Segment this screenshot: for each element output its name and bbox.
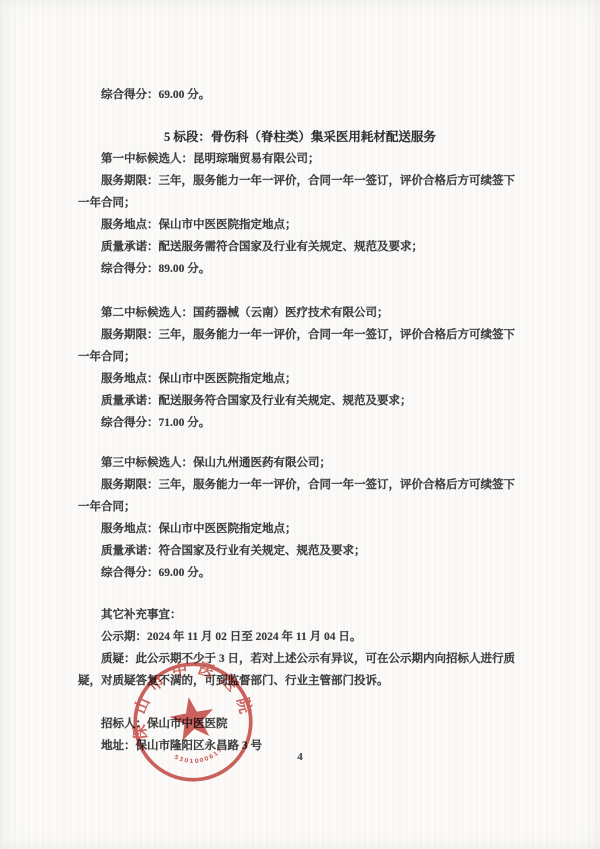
official-seal-stamp-icon: 保山市中医医院 5301000617 bbox=[120, 649, 266, 795]
candidate-1-name-line: 第一中标候选人：昆明琮瑞贸易有限公司； bbox=[78, 148, 522, 170]
previous-section-score-line: 综合得分：69.00 分。 bbox=[78, 84, 522, 106]
candidate-2-score-line: 综合得分：71.00 分。 bbox=[78, 412, 522, 434]
candidate-1-score-line: 综合得分：89.00 分。 bbox=[78, 258, 522, 280]
candidate-1-location-line: 服务地点：保山市中医医院指定地点； bbox=[78, 214, 522, 236]
publicity-period-line: 公示期：2024 年 11 月 02 日至 2024 年 11 月 04 日。 bbox=[78, 626, 522, 648]
section-title: 5 标段：骨伤科（脊柱类）集采医用耗材配送服务 bbox=[78, 126, 522, 148]
candidate-2-term-line: 服务期限：三年，服务能力一年一评价，合同一年一签订，评价合格后方可续签下一年合同… bbox=[78, 324, 522, 368]
candidate-1-quality-line: 质量承诺：配送服务需符合国家及行业有关规定、规范及要求； bbox=[78, 236, 522, 258]
candidate-2-name-line: 第二中标候选人：国药器械（云南）医疗技术有限公司； bbox=[78, 302, 522, 324]
document-body: 综合得分：69.00 分。 5 标段：骨伤科（脊柱类）集采医用耗材配送服务 第一… bbox=[78, 84, 522, 757]
candidate-3-score-line: 综合得分：69.00 分。 bbox=[78, 562, 522, 584]
candidate-2-quality-line: 质量承诺：配送服务符合国家及行业有关规定、规范及要求； bbox=[78, 390, 522, 412]
candidate-3-term-line: 服务期限：三年，服务能力一年一评价，合同一年一签订，评价合格后方可续签下一年合同… bbox=[78, 474, 522, 518]
page-number: 4 bbox=[0, 751, 600, 763]
scanned-document-page: 综合得分：69.00 分。 5 标段：骨伤科（脊柱类）集采医用耗材配送服务 第一… bbox=[0, 0, 600, 849]
candidate-3-name-line: 第三中标候选人：保山九州通医药有限公司； bbox=[78, 452, 522, 474]
candidate-3-location-line: 服务地点：保山市中医医院指定地点； bbox=[78, 518, 522, 540]
candidate-2-location-line: 服务地点：保山市中医医院指定地点； bbox=[78, 368, 522, 390]
candidate-3-quality-line: 质量承诺：符合国家及行业有关规定、规范及要求； bbox=[78, 540, 522, 562]
supplement-heading: 其它补充事宜： bbox=[78, 604, 522, 626]
candidate-1-term-line: 服务期限：三年，服务能力一年一评价，合同一年一签订，评价合格后方可续签下一年合同… bbox=[78, 170, 522, 214]
seal-star-icon bbox=[167, 693, 217, 742]
